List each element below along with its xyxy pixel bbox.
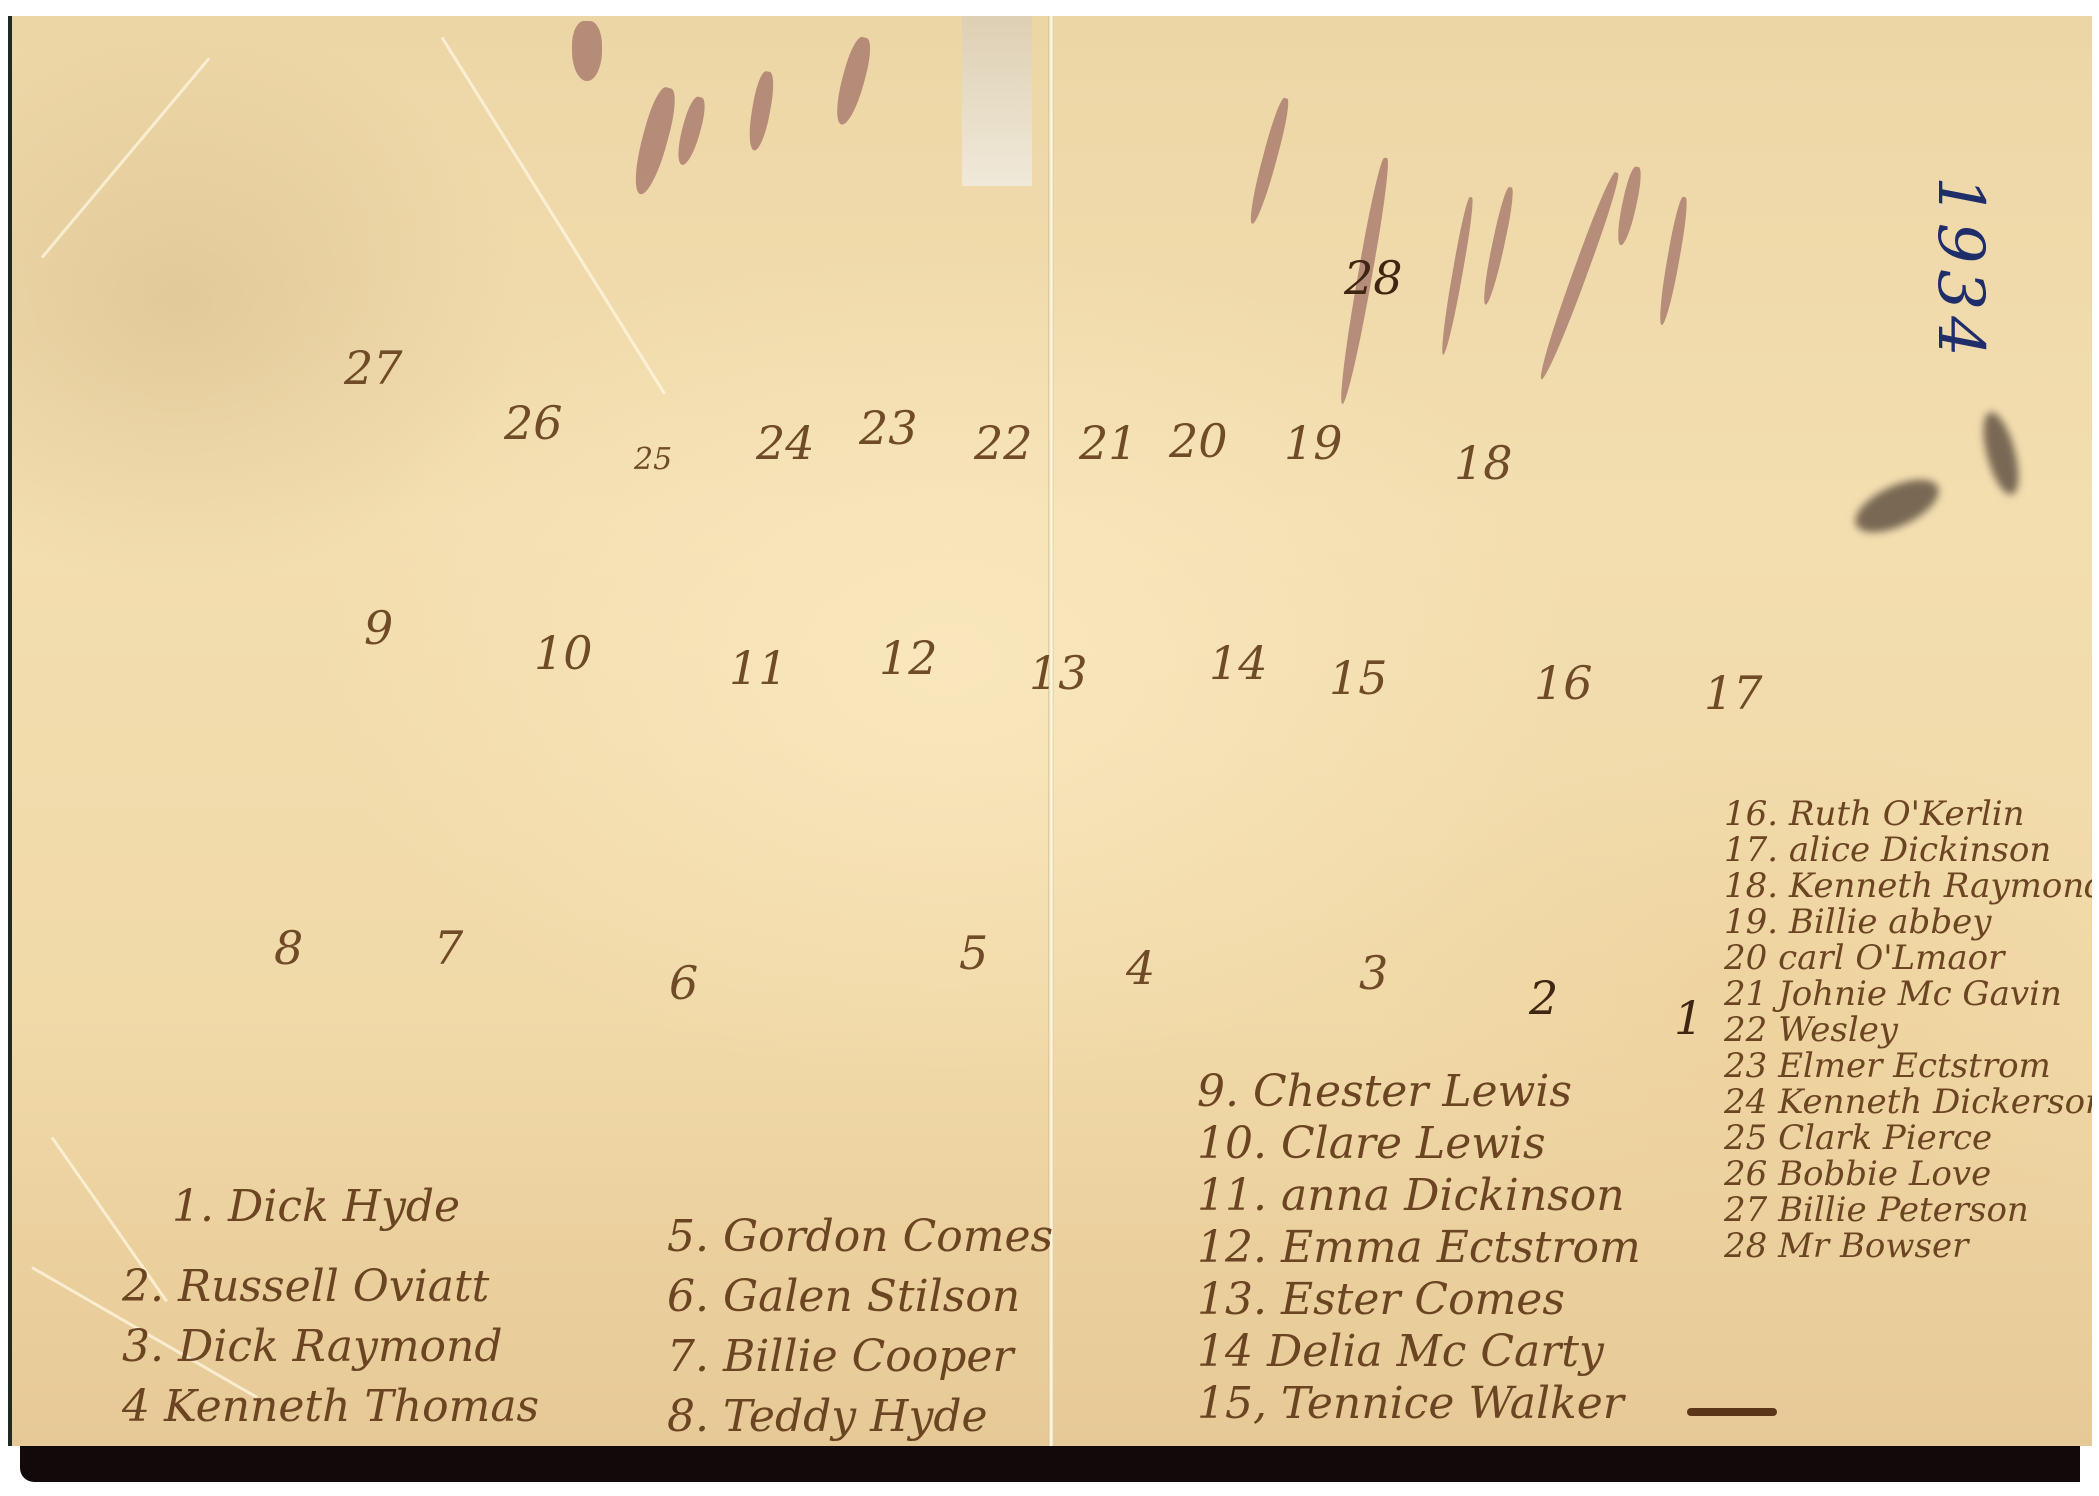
ink-strikethrough [1687, 1408, 1777, 1416]
position-number-28: 28 [1344, 255, 1403, 301]
position-number-17: 17 [1704, 670, 1763, 716]
ink-smudge [1848, 469, 1946, 543]
position-number-9: 9 [364, 605, 393, 651]
position-number-4: 4 [1126, 945, 1155, 991]
roster-entry: 1. Dick Hyde [172, 1181, 539, 1241]
stain [745, 70, 777, 152]
position-number-2: 2 [1529, 975, 1558, 1021]
position-number-6: 6 [669, 960, 698, 1006]
position-number-12: 12 [879, 635, 938, 681]
roster-entry: 10. Clare Lewis [1197, 1118, 1641, 1170]
stain [628, 85, 681, 198]
roster-entry: 12. Emma Ectstrom [1197, 1222, 1641, 1274]
stain [1245, 96, 1292, 225]
position-number-20: 20 [1169, 418, 1228, 464]
ink-smudge [1976, 409, 2025, 498]
roster-column-4: 16. Ruth O'Kerlin 17. alice Dickinson 18… [1724, 794, 2092, 1262]
roster-entry: 19. Billie abbey [1724, 902, 2092, 938]
roster-entry: 2. Russell Oviatt [122, 1261, 539, 1321]
position-number-25: 25 [634, 445, 672, 475]
roster-entry: 11. anna Dickinson [1197, 1170, 1641, 1222]
position-number-18: 18 [1454, 440, 1513, 486]
position-number-24: 24 [756, 420, 815, 466]
roster-entry: 25 Clark Pierce [1724, 1118, 2092, 1154]
position-number-19: 19 [1284, 420, 1343, 466]
diagonal-crease-top-left [41, 57, 210, 258]
position-number-10: 10 [534, 630, 593, 676]
roster-entry: 26 Bobbie Love [1724, 1154, 2092, 1190]
stain [1535, 170, 1623, 382]
roster-entry: 14 Delia Mc Carty [1197, 1326, 1641, 1378]
position-number-23: 23 [859, 405, 918, 451]
roster-entry: 22 Wesley [1724, 1010, 2092, 1046]
roster-entry: 21 Johnie Mc Gavin [1724, 974, 2092, 1010]
roster-column-1: 1. Dick Hyde 2. Russell Oviatt 3. Dick R… [122, 1181, 539, 1441]
roster-entry: 6. Galen Stilson [667, 1271, 1053, 1331]
position-number-27: 27 [344, 345, 403, 391]
position-number-21: 21 [1079, 420, 1138, 466]
tape-strip [962, 16, 1032, 186]
stain [1656, 196, 1690, 326]
roster-entry: 24 Kenneth Dickerson [1724, 1082, 2092, 1118]
roster-column-2: 5. Gordon Comes 6. Galen Stilson 7. Bill… [667, 1211, 1053, 1446]
year-annotation: 1934 [1923, 176, 1997, 363]
position-number-5: 5 [959, 930, 988, 976]
roster-entry: 4 Kenneth Thomas [122, 1381, 539, 1441]
roster-entry: 18. Kenneth Raymond [1724, 866, 2092, 902]
roster-entry: 5. Gordon Comes [667, 1211, 1053, 1271]
roster-column-3: 9. Chester Lewis 10. Clare Lewis 11. ann… [1197, 1066, 1641, 1430]
roster-entry: 9. Chester Lewis [1197, 1066, 1641, 1118]
scan-bottom-border [20, 1446, 2080, 1482]
roster-entry: 28 Mr Bowser [1724, 1226, 2092, 1262]
roster-entry: 7. Billie Cooper [667, 1331, 1053, 1391]
roster-entry: 17. alice Dickinson [1724, 830, 2092, 866]
stain [572, 21, 602, 81]
stain [1480, 186, 1517, 306]
stain [1438, 196, 1476, 355]
position-number-3: 3 [1359, 950, 1388, 996]
stain [673, 95, 709, 167]
position-number-22: 22 [974, 420, 1033, 466]
diagonal-crease-top [441, 37, 666, 395]
position-number-8: 8 [274, 925, 303, 971]
aged-paper-sheet: 1934 27262524232221201918289101112131415… [8, 16, 2092, 1446]
stain [1614, 165, 1644, 246]
position-number-1: 1 [1674, 995, 1703, 1041]
scanned-document: 1934 27262524232221201918289101112131415… [0, 0, 2099, 1496]
roster-entry: 3. Dick Raymond [122, 1321, 539, 1381]
position-number-7: 7 [434, 925, 463, 971]
position-number-11: 11 [729, 645, 788, 691]
roster-entry: 13. Ester Comes [1197, 1274, 1641, 1326]
roster-entry: 20 carl O'Lmaor [1724, 938, 2092, 974]
position-number-14: 14 [1209, 640, 1268, 686]
position-number-15: 15 [1329, 655, 1388, 701]
roster-entry: 16. Ruth O'Kerlin [1724, 794, 2092, 830]
stain [831, 35, 876, 128]
position-number-26: 26 [504, 400, 563, 446]
roster-entry: 8. Teddy Hyde [667, 1391, 1053, 1446]
roster-entry: 23 Elmer Ectstrom [1724, 1046, 2092, 1082]
position-number-13: 13 [1029, 650, 1088, 696]
roster-entry: 15, Tennice Walker [1197, 1378, 1641, 1430]
roster-entry: 27 Billie Peterson [1724, 1190, 2092, 1226]
position-number-16: 16 [1534, 660, 1593, 706]
